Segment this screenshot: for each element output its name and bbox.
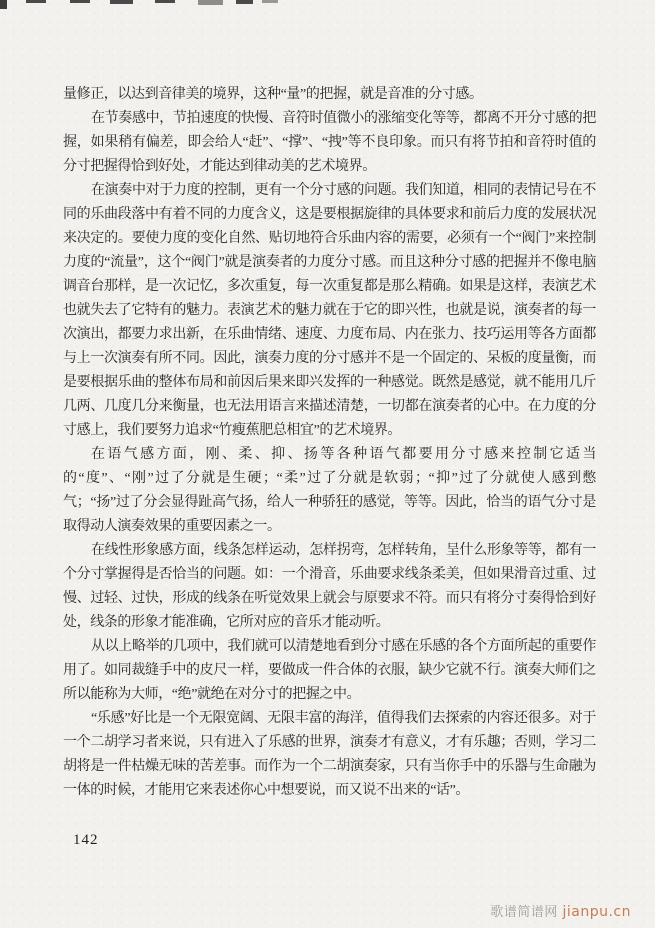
watermark: 歌谱简谱网 jianpu.cn: [490, 901, 631, 920]
paragraph-3: 在演奏中对于力度的控制，更有一个分寸感的问题。我们知道，相同的表情记号在不同的乐…: [63, 179, 596, 443]
book-page: 量修正，以达到音律美的境界，这种“量”的把握，就是音准的分寸感。 在节奏感中，节…: [0, 0, 655, 928]
paragraph-4: 在语气感方面，刚、柔、抑、扬等各种语气都要用分寸感来控制它适当的“度”、“刚”过…: [63, 443, 596, 539]
watermark-site-name: 歌谱简谱网: [490, 905, 558, 920]
scan-artifact-dash: [0, 0, 7, 9]
page-number: 142: [73, 832, 99, 849]
scan-artifact-dash: [262, 0, 278, 3]
scan-artifact-dash: [155, 0, 175, 3]
scan-artifact-dash: [26, 0, 46, 3]
scan-artifact-dash: [110, 0, 133, 4]
paragraph-6: 从以上略举的几项中，我们就可以清楚地看到分寸感在乐感的各个方面所起的重要作用了。…: [63, 635, 596, 707]
paragraph-7: “乐感”好比是一个无限宽阔、无限丰富的海洋，值得我们去探索的内容还很多。对于一个…: [63, 707, 596, 803]
paragraph-2: 在节奏感中，节拍速度的快慢、音符时值微小的涨缩变化等等，都离不开分寸感的把握，如…: [63, 107, 596, 179]
body-text: 量修正，以达到音律美的境界，这种“量”的把握，就是音准的分寸感。 在节奏感中，节…: [63, 83, 596, 803]
watermark-domain: jianpu.cn: [562, 904, 631, 920]
scan-artifact-dash: [198, 0, 223, 5]
paragraph-1: 量修正，以达到音律美的境界，这种“量”的把握，就是音准的分寸感。: [63, 83, 596, 107]
scan-artifact-dash: [70, 0, 90, 3]
scan-artifact-dash: [236, 0, 253, 4]
paragraph-5: 在线性形象感方面，线条怎样运动，怎样拐弯，怎样转角，呈什么形象等等，都有一个分寸…: [63, 539, 596, 635]
